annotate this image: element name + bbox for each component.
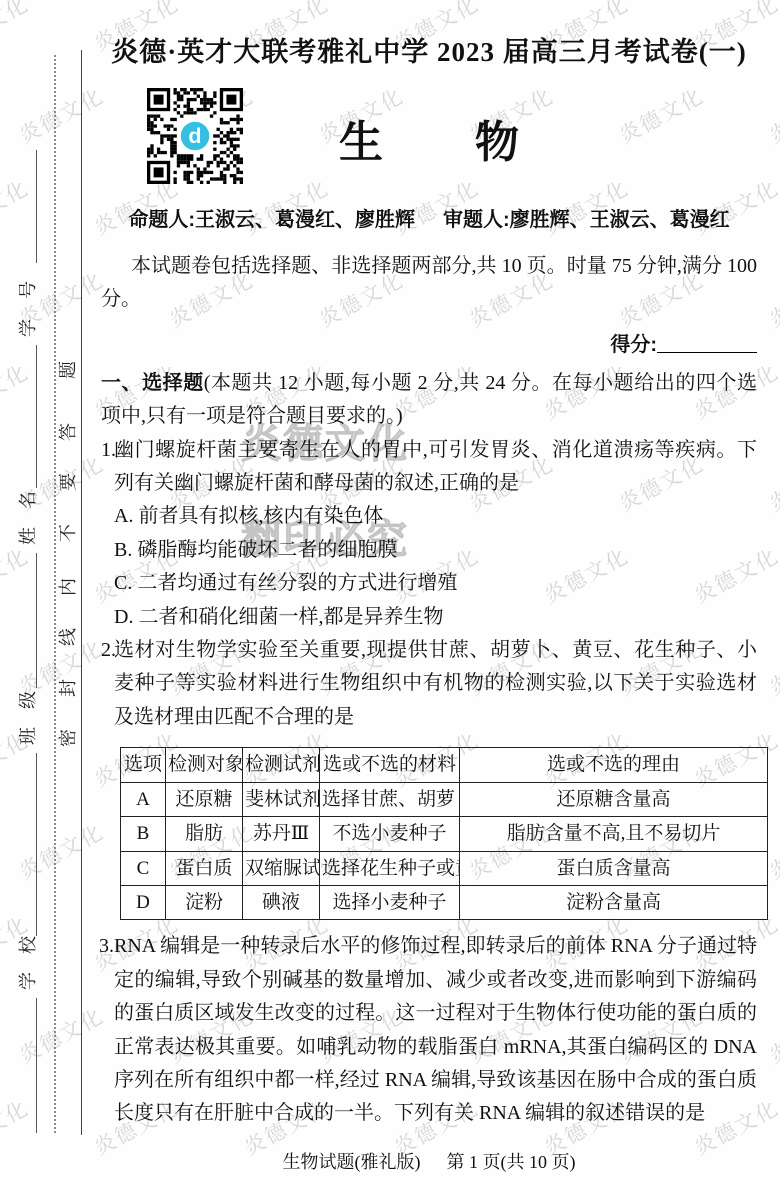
reviewers: 审题人:廖胜辉、王淑云、葛漫红	[443, 209, 730, 231]
table-row: B 脂肪 苏丹Ⅲ 不选小麦种子 脂肪含量不高,且不易切片	[121, 817, 768, 851]
question-stem: RNA 编辑是一种转录后水平的修饰过程,即转录后的前体 RNA 分子通过特定的编…	[114, 930, 757, 1130]
footer-doc-label: 生物试题(雅礼版)	[283, 1152, 421, 1172]
watermark-tile: 炎德文化	[763, 80, 780, 150]
score-label: 得分:	[610, 334, 657, 356]
col-header: 选或不选的理由	[460, 748, 768, 782]
cell: 选择花生种子或黄豆	[320, 851, 460, 885]
cell: A	[121, 782, 166, 816]
name-blank-line	[36, 345, 37, 488]
field-char: 学	[17, 970, 39, 992]
cell: 淀粉	[166, 885, 243, 919]
main-content: 本试题卷包括选择题、非选择题两部分,共 10 页。时量 75 分钟,满分 100…	[101, 250, 757, 1131]
watermark-tile: 炎德文化	[763, 1000, 780, 1070]
watermark-tile: 炎德文化	[0, 356, 34, 426]
cell: 脂肪含量不高,且不易切片	[460, 817, 768, 851]
field-char: 姓	[17, 525, 39, 547]
exam-page: 炎德文化炎德文化炎德文化炎德文化炎德文化炎德文化炎德文化炎德文化炎德文化炎德文化…	[0, 0, 780, 1194]
seal-char: 密	[57, 727, 79, 749]
watermark-tile: 炎德文化	[763, 448, 780, 518]
school-blank-line-2	[36, 998, 37, 1133]
question-2: 2. 选材对生物学实验至关重要,现提供甘蔗、胡萝卜、黄豆、花生种子、小麦种子等实…	[101, 634, 757, 920]
col-header: 选项	[121, 748, 166, 782]
watermark-tile: 炎德文化	[763, 264, 780, 334]
col-header: 选或不选的材料	[320, 748, 460, 782]
cell: 淀粉含量高	[460, 885, 768, 919]
seal-char: 线	[57, 626, 79, 648]
option-b: B. 磷脂酶均能破坏二者的细胞膜	[114, 534, 757, 567]
cell: 苏丹Ⅲ	[243, 817, 320, 851]
watermark-tile: 炎德文化	[0, 0, 34, 58]
proposers: 命题人:王淑云、葛漫红、廖胜辉	[128, 209, 415, 231]
seal-char: 内	[57, 576, 79, 598]
student-id-blank-line	[36, 150, 37, 263]
question-stem: 幽门螺旋杆菌主要寄生在人的胃中,可引发胃炎、消化道溃疡等疾病。下列有关幽门螺旋杆…	[114, 434, 757, 501]
section-heading: 一、选择题(本题共 12 小题,每小题 2 分,共 24 分。在每小题给出的四个…	[101, 367, 757, 434]
cell: 不选小麦种子	[320, 817, 460, 851]
footer-page-number: 第 1 页(共 10 页)	[447, 1152, 576, 1172]
col-header: 检测对象	[166, 748, 243, 782]
seal-solid-line	[81, 50, 82, 1135]
cell: 选择小麦种子	[320, 885, 460, 919]
seal-char: 题	[57, 359, 79, 381]
subject-title: 生 物	[101, 106, 757, 170]
watermark-tile: 炎德文化	[0, 172, 34, 242]
field-char: 号	[17, 279, 39, 301]
table-header-row: 选项 检测对象 检测试剂 选或不选的材料 选或不选的理由	[121, 748, 768, 782]
cell: 蛋白质含量高	[460, 851, 768, 885]
materials-table: 选项 检测对象 检测试剂 选或不选的材料 选或不选的理由 A 还原糖 斐林试剂 …	[120, 747, 768, 920]
page-title: 炎德·英才大联考雅礼中学 2023 届高三月考试卷(一)	[101, 30, 757, 69]
seal-dotted-line	[54, 55, 56, 1133]
authors-line: 命题人:王淑云、葛漫红、廖胜辉审题人:廖胜辉、王淑云、葛漫红	[101, 203, 757, 232]
cell: 双缩脲试剂	[243, 851, 320, 885]
field-char: 班	[17, 725, 39, 747]
seal-char: 不	[57, 522, 79, 544]
school-blank-line	[36, 753, 37, 936]
cell: C	[121, 851, 166, 885]
cell: 脂肪	[166, 817, 243, 851]
subject-char: 物	[475, 106, 519, 170]
watermark-tile: 炎德文化	[0, 1092, 34, 1162]
cell: D	[121, 885, 166, 919]
watermark-tile: 炎德文化	[763, 632, 780, 702]
section-heading-bold: 一、选择题	[101, 372, 204, 394]
question-number: 3.	[99, 930, 114, 963]
question-number: 2.	[101, 634, 116, 667]
watermark-tile: 炎德文化	[0, 540, 34, 610]
question-number: 1.	[101, 434, 116, 467]
cell: B	[121, 817, 166, 851]
watermark-tile: 炎德文化	[13, 80, 108, 150]
score-line: 得分:	[101, 330, 757, 360]
cell: 选择甘蔗、胡萝卜	[320, 782, 460, 816]
table-row: A 还原糖 斐林试剂 选择甘蔗、胡萝卜 还原糖含量高	[121, 782, 768, 816]
score-blank	[657, 333, 757, 353]
cell: 蛋白质	[166, 851, 243, 885]
seal-char: 答	[57, 421, 79, 443]
field-char: 级	[17, 689, 39, 711]
question-stem: 选材对生物学实验至关重要,现提供甘蔗、胡萝卜、黄豆、花生种子、小麦种子等实验材料…	[114, 634, 757, 734]
watermark-tile: 炎德文化	[13, 1000, 108, 1070]
seal-char: 要	[57, 471, 79, 493]
subject-char: 生	[339, 106, 383, 170]
seal-char: 封	[57, 677, 79, 699]
field-char: 校	[17, 934, 39, 956]
cell: 斐林试剂	[243, 782, 320, 816]
class-blank-line	[36, 553, 37, 688]
table-row: C 蛋白质 双缩脲试剂 选择花生种子或黄豆 蛋白质含量高	[121, 851, 768, 885]
col-header: 检测试剂	[243, 748, 320, 782]
question-3: 3. RNA 编辑是一种转录后水平的修饰过程,即转录后的前体 RNA 分子通过特…	[101, 930, 757, 1130]
exam-intro: 本试题卷包括选择题、非选择题两部分,共 10 页。时量 75 分钟,满分 100…	[101, 250, 757, 317]
option-a: A. 前者具有拟核,核内有染色体	[114, 500, 757, 533]
field-char: 学	[17, 317, 39, 339]
option-d: D. 二者和硝化细菌一样,都是异养生物	[114, 601, 757, 634]
table-row: D 淀粉 碘液 选择小麦种子 淀粉含量高	[121, 885, 768, 919]
cell: 还原糖含量高	[460, 782, 768, 816]
cell: 还原糖	[166, 782, 243, 816]
cell: 碘液	[243, 885, 320, 919]
page-footer: 生物试题(雅礼版)第 1 页(共 10 页)	[101, 1148, 757, 1174]
field-char: 名	[17, 489, 39, 511]
option-c: C. 二者均通过有丝分裂的方式进行增殖	[114, 567, 757, 600]
watermark-tile: 炎德文化	[13, 816, 108, 886]
question-1: 1. 幽门螺旋杆菌主要寄生在人的胃中,可引发胃炎、消化道溃疡等疾病。下列有关幽门…	[101, 434, 757, 634]
